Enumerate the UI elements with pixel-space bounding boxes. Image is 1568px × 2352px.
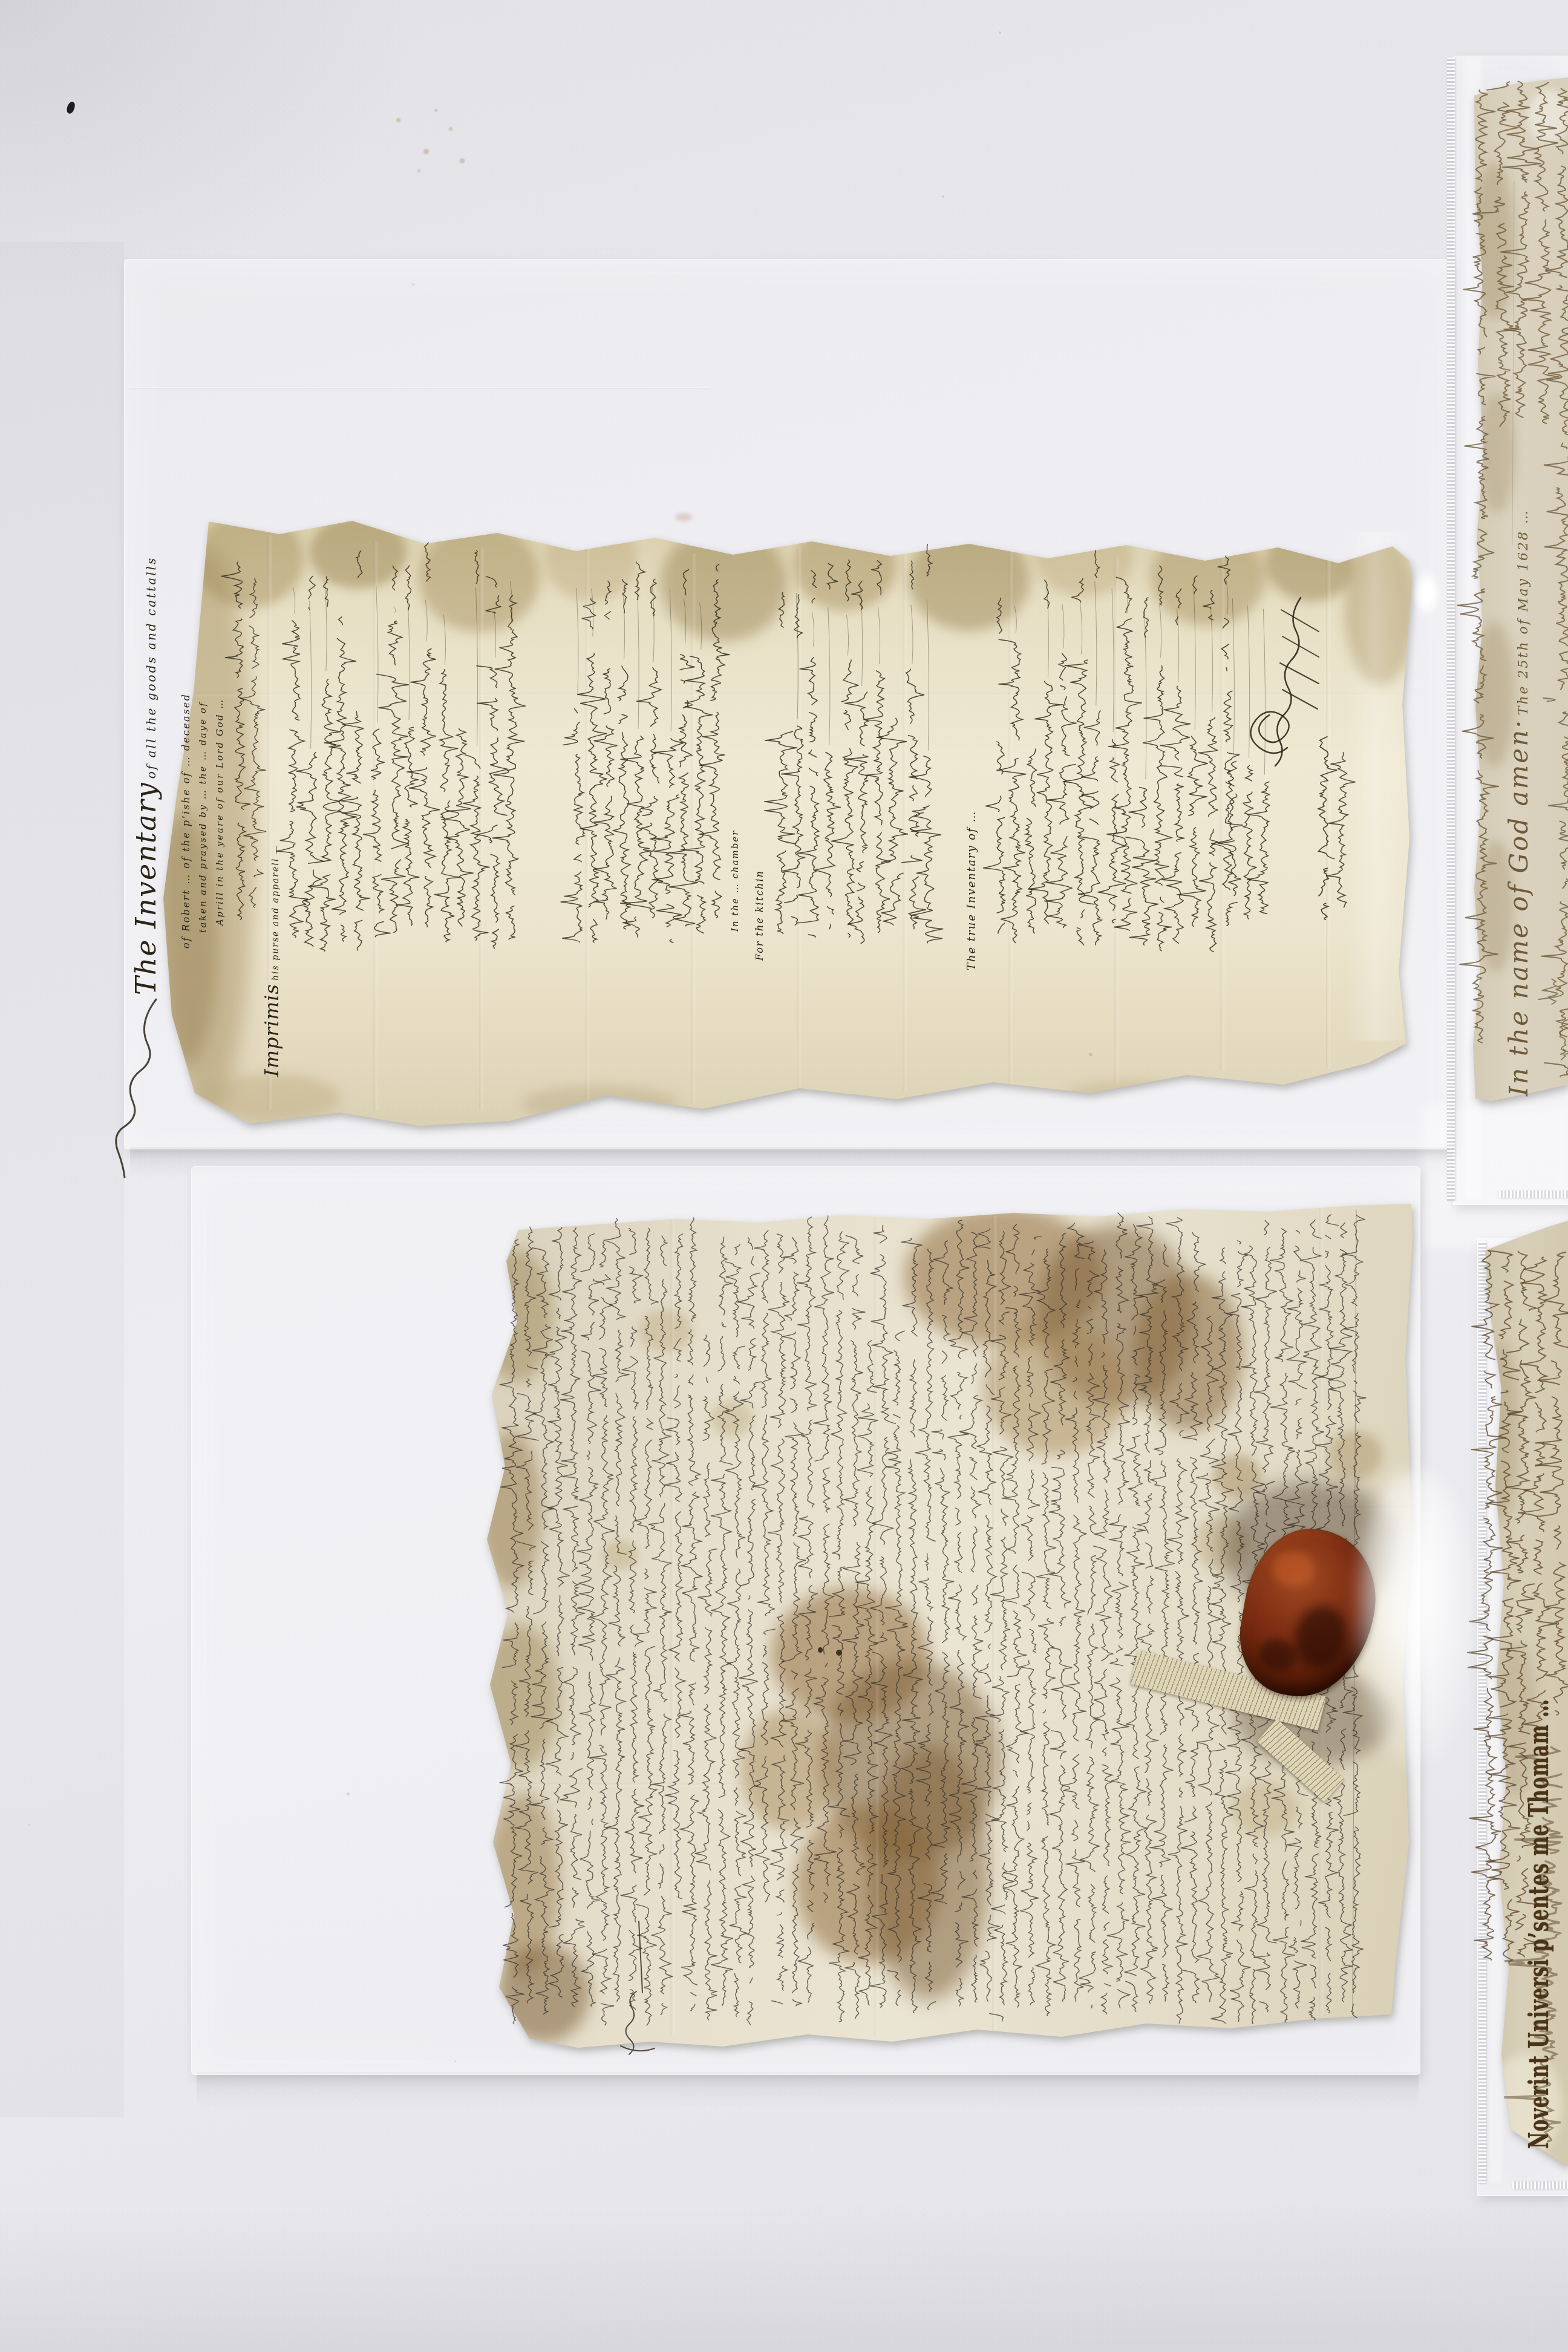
fold-crease (1220, 550, 1226, 1071)
stain (1473, 622, 1515, 767)
stain (1345, 535, 1416, 685)
stain (1473, 162, 1515, 319)
fold-crease (1008, 547, 1014, 1086)
fold-crease (797, 547, 802, 1098)
stain (1213, 1455, 1261, 1497)
stain (481, 1624, 560, 1769)
stain (771, 1588, 929, 1721)
stain (481, 1249, 554, 1382)
stain (1066, 1080, 1199, 1114)
fold-crease (691, 554, 696, 1104)
stain (158, 547, 255, 1116)
stain (1527, 90, 1568, 144)
stain (1036, 518, 1132, 597)
stain (638, 1310, 693, 1352)
stain (1151, 529, 1266, 626)
bottom-vignette (0, 2202, 1568, 2352)
stain (499, 1945, 590, 2042)
under-sleeve2-shadow (197, 2073, 1419, 2108)
background-speckle (434, 109, 437, 112)
photo: { "photo": { "type": "photograph", "subj… (0, 0, 1568, 2352)
stain (207, 1074, 340, 1122)
seal-pit-dark-2 (1256, 1636, 1299, 1674)
stain (1231, 1782, 1298, 1836)
fold-crease (481, 1783, 741, 1788)
stain (195, 511, 304, 608)
fold-crease (874, 1213, 880, 2036)
background-speckle (423, 149, 429, 154)
seal-pit-dark (1290, 1602, 1351, 1673)
fold-crease (1326, 560, 1331, 1068)
stain (419, 523, 540, 632)
background-speckle (417, 169, 420, 172)
fold-crease (992, 1216, 998, 2033)
dust-speck (28, 1824, 30, 1826)
stain (794, 520, 897, 611)
seal-highlight (1269, 1548, 1318, 1590)
document-probate-inventory (158, 511, 1412, 1129)
will-parchment (1473, 77, 1568, 1103)
stain (1495, 1642, 1538, 1800)
stain (661, 526, 788, 641)
document-latin-deed (1483, 1219, 1568, 2167)
latin-deed-parchment (1483, 1219, 1568, 2167)
stain (741, 1709, 838, 1830)
stain (1195, 1515, 1249, 1570)
fold-crease (195, 693, 1399, 697)
sleeve-right-bottom-bottom-seam (1512, 2181, 1568, 2189)
stain (1134, 1273, 1243, 1431)
sleeve-right-top-bottom-seam (1499, 1191, 1568, 1198)
fold-crease (1114, 557, 1120, 1083)
fold-crease (903, 554, 908, 1092)
stain (1489, 2054, 1562, 2157)
document-will-1628 (1473, 77, 1568, 1103)
black-speck (66, 101, 76, 114)
stain (1266, 523, 1356, 602)
fold-crease (670, 1219, 676, 2036)
stain (909, 528, 1030, 631)
stain (1483, 1340, 1520, 1521)
sleeve-right-top-zip-edge (1447, 57, 1455, 1201)
dust-speck (942, 195, 944, 198)
stain (602, 1540, 638, 1570)
stain (487, 1794, 560, 1975)
dust-speck (999, 31, 1001, 34)
background-speckle (449, 127, 452, 131)
stain (1037, 1225, 1195, 1406)
stain (904, 1207, 1104, 1346)
sleeve-top-pocket-seam (129, 387, 710, 388)
stain (546, 517, 636, 602)
inventory-parchment (158, 511, 1412, 1129)
stain (481, 1431, 541, 1588)
fold-crease (479, 547, 485, 1110)
stain (1328, 1431, 1382, 1479)
stain (868, 1745, 989, 1999)
background-speckle (396, 118, 400, 122)
fold-crease (1116, 1506, 1406, 1511)
left-band-shadow (0, 242, 124, 2117)
fold-crease (585, 544, 590, 1107)
fold-crease (267, 535, 273, 1110)
stain (711, 1400, 753, 1437)
parchment-hole (836, 1650, 842, 1656)
stain (820, 1661, 1001, 1860)
stain (310, 516, 407, 589)
stain (521, 1086, 679, 1122)
fold-crease (373, 541, 379, 1110)
stain (795, 1806, 941, 1963)
stain (1478, 840, 1514, 973)
background-speckle (460, 158, 465, 163)
stain (1479, 392, 1515, 513)
parchment-hole (818, 1647, 823, 1653)
stain (983, 1322, 1128, 1455)
